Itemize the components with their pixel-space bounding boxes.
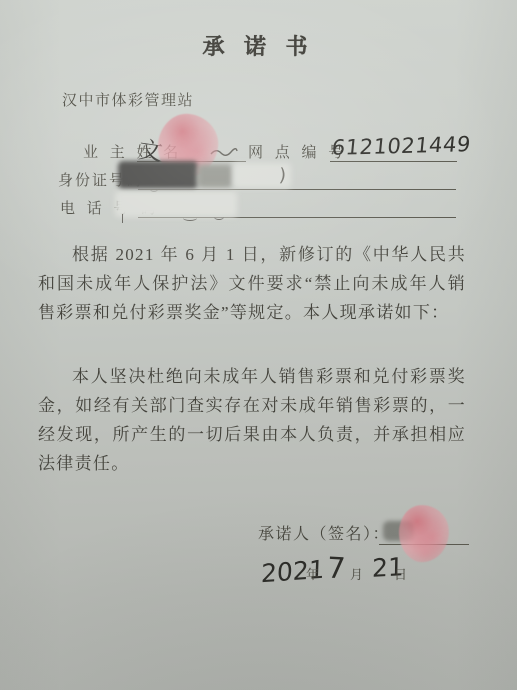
signature-underline bbox=[379, 524, 469, 545]
date-month-unit: 月 bbox=[350, 564, 363, 583]
phone-ink-trace-3 bbox=[214, 214, 224, 220]
phone-ink-trace-1 bbox=[122, 214, 127, 223]
date-year-unit: 年 bbox=[306, 564, 319, 583]
id-number-visible-mark: ) bbox=[278, 165, 286, 186]
signature-label: 承诺人（签名）： bbox=[258, 521, 390, 544]
id-ink-trace bbox=[150, 186, 158, 192]
date-month-handwriting: 7 bbox=[326, 551, 346, 586]
paragraph-commitment: 本人坚决杜绝向未成年人销售彩票和兑付彩票奖金，如经有关部门查实存在对未成年销售彩… bbox=[38, 362, 466, 478]
date-day-unit: 日 bbox=[394, 564, 407, 583]
id-number-underline bbox=[138, 168, 456, 190]
organization-name: 汉中市体彩管理站 bbox=[62, 89, 194, 110]
outlet-number-handwriting: 6121021449 bbox=[331, 132, 472, 160]
owner-name-handwriting: 文 bbox=[137, 130, 166, 168]
document-title: 承 诺 书 bbox=[0, 30, 517, 61]
phone-ink-trace-2 bbox=[183, 215, 197, 221]
paragraph-intro: 根据 2021 年 6 月 1 日，新修订的《中华人民共和国未成年人保护法》文件… bbox=[38, 240, 466, 327]
id-number-label: 身份证号码 bbox=[58, 169, 143, 190]
owner-name-signature-stroke bbox=[210, 146, 238, 158]
commitment-letter-photo: 承 诺 书 汉中市体彩管理站 业 主 姓 名 文 网 点 编 号 6121021… bbox=[0, 0, 517, 690]
